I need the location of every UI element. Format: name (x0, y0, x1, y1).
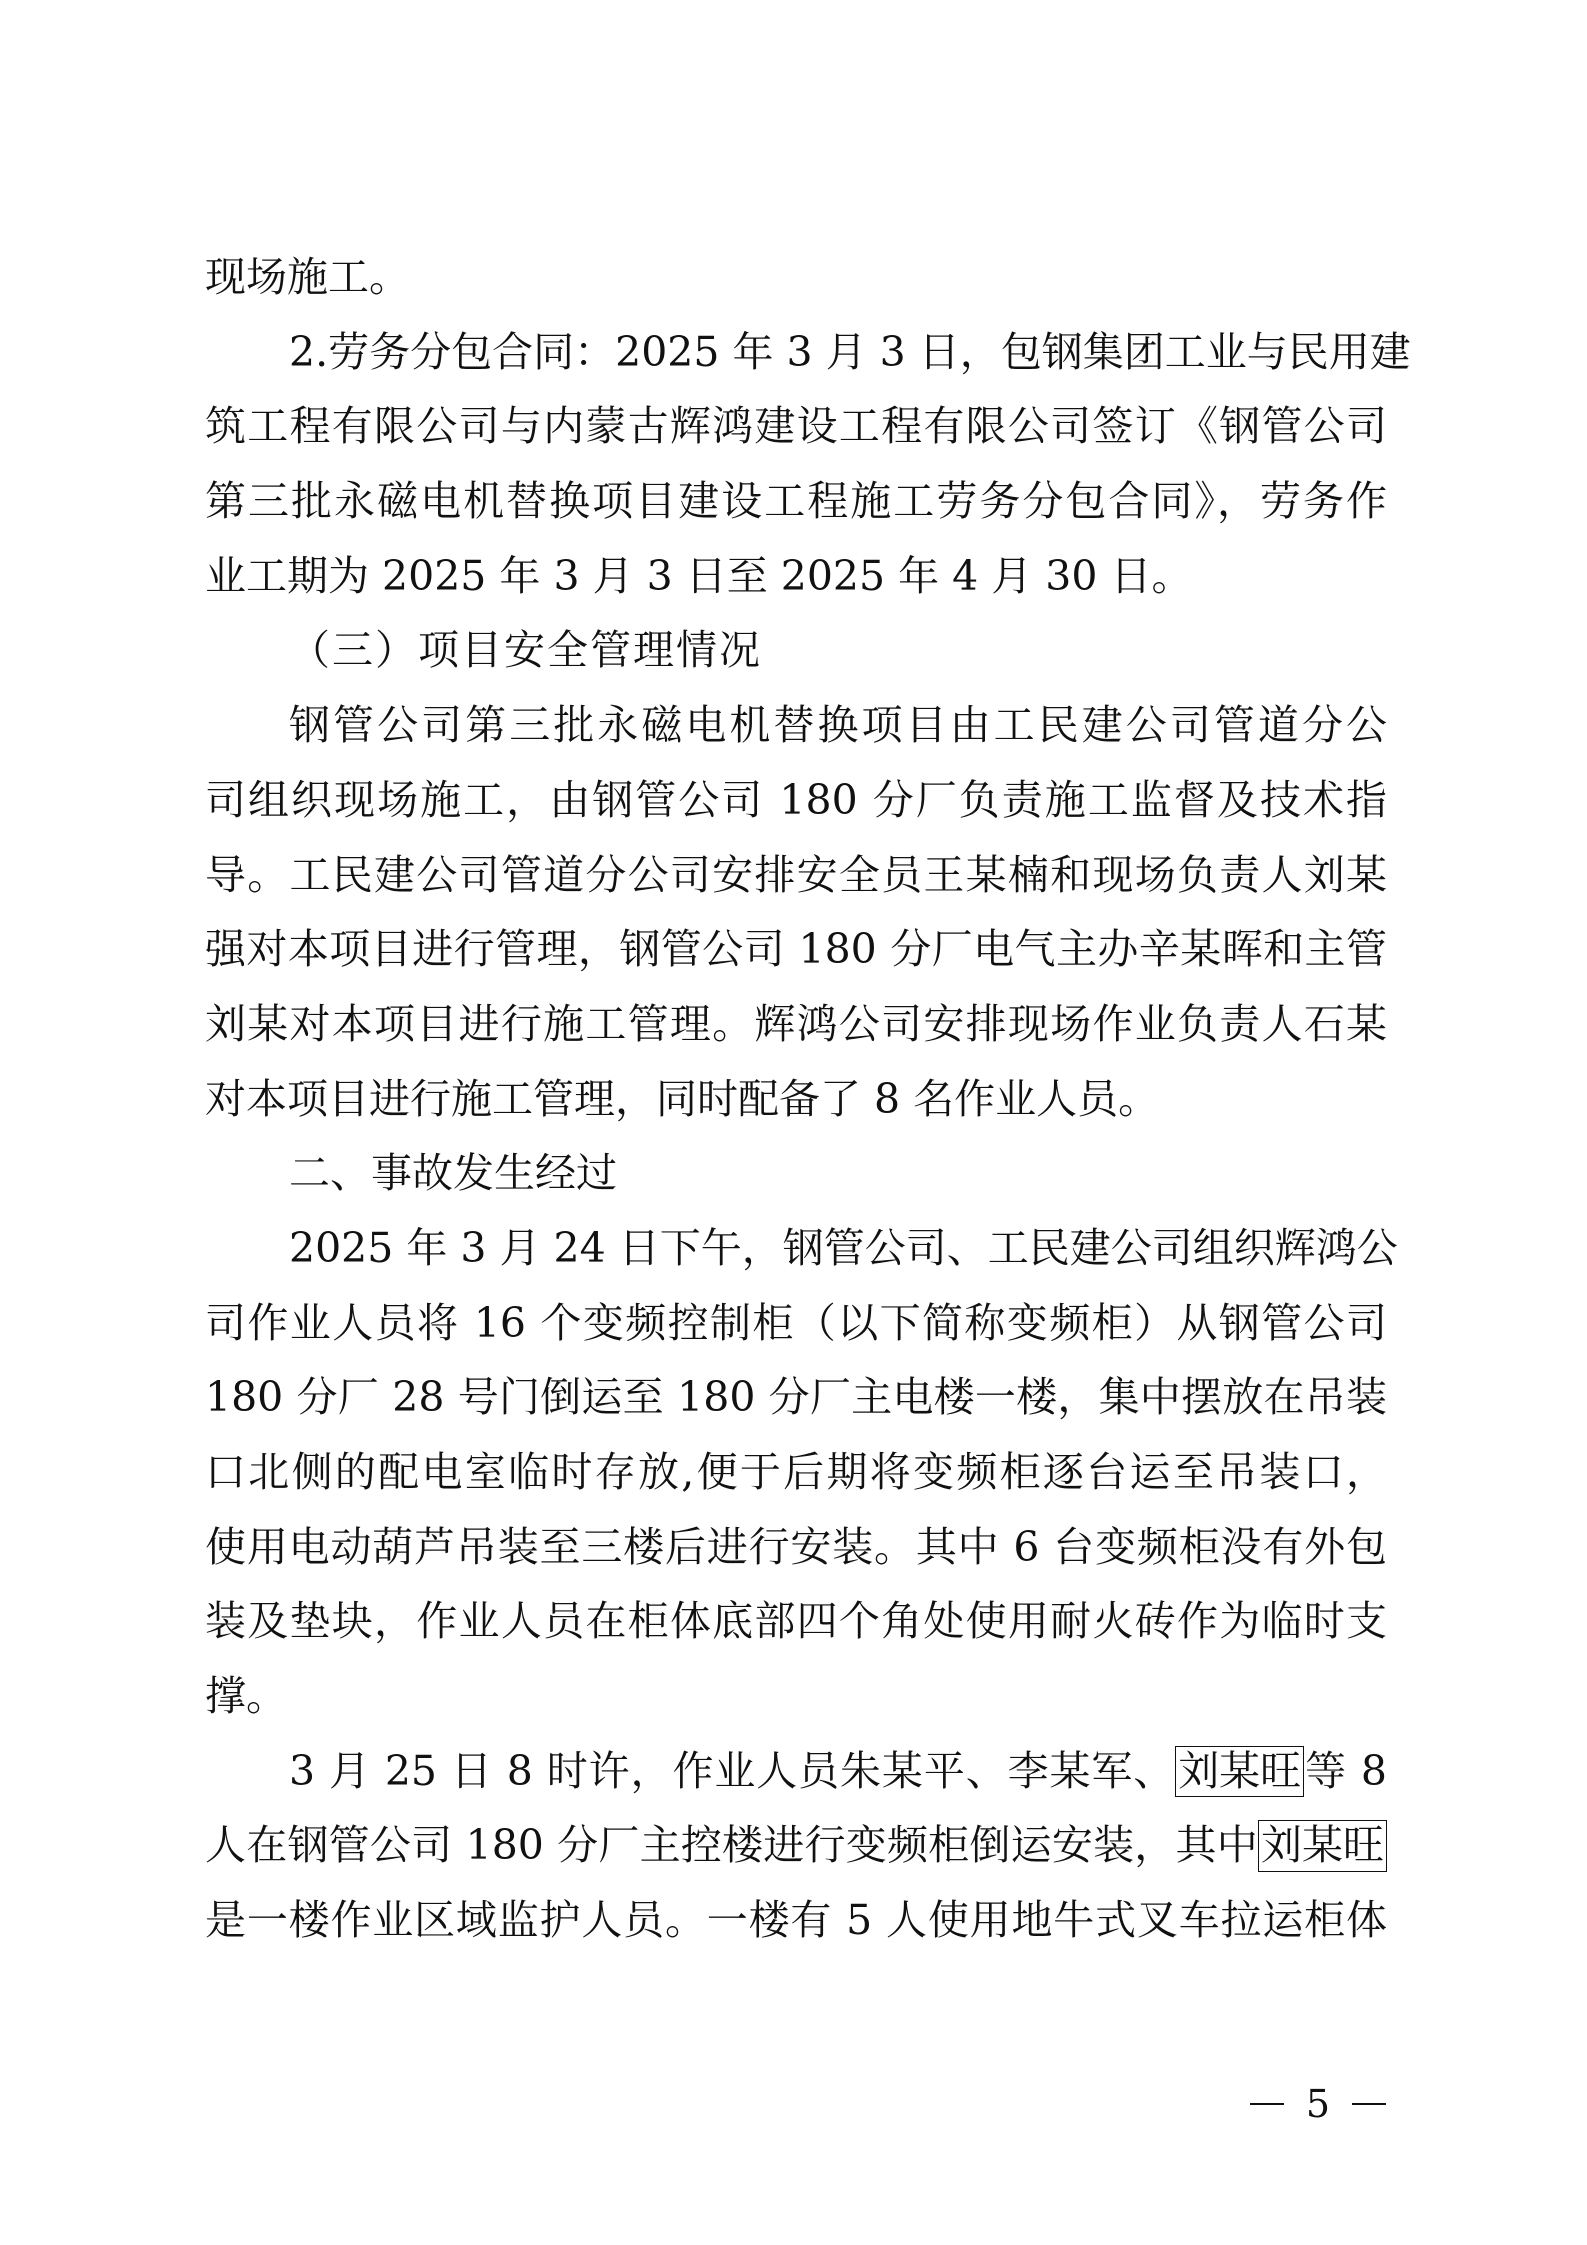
line-text: 3 月 25 日 8 时许，作业人员朱某平、李某军、 (289, 1747, 1175, 1795)
paragraph-line: 是一楼作业区域监护人员。一楼有 5 人使用地牛式叉车拉运柜体 (205, 1883, 1387, 1958)
paragraph-line: 对本项目进行施工管理，同时配备了 8 名作业人员。 (205, 1062, 1387, 1137)
paragraph-line: 筑工程有限公司与内蒙古辉鸿建设工程有限公司签订《钢管公司 (205, 389, 1387, 464)
document-page: 现场施工。 2.劳务分包合同：2025 年 3 月 3 日，包钢集团工业与民用建… (0, 0, 1587, 2245)
section-subheading: （三）项目安全管理情况 (205, 613, 1387, 688)
paragraph-line: 2025 年 3 月 24 日下午，钢管公司、工民建公司组织辉鸿公 (205, 1211, 1387, 1286)
paragraph-line: 装及垫块，作业人员在柜体底部四个角处使用耐火砖作为临时支 (205, 1584, 1387, 1659)
page-number-value: 5 (1306, 2082, 1330, 2126)
paragraph-line: 撑。 (205, 1659, 1387, 1734)
paragraph-line: 司作业人员将 16 个变频控制柜（以下简称变频柜）从钢管公司 (205, 1286, 1387, 1361)
paragraph-line: 口北侧的配电室临时存放,便于后期将变频柜逐台运至吊装口， (205, 1435, 1387, 1510)
boxed-name-highlight: 刘某旺 (1258, 1820, 1387, 1871)
paragraph-line: 现场施工。 (205, 240, 1387, 315)
page-number: 5 (1250, 2082, 1386, 2126)
paragraph-line: 强对本项目进行管理，钢管公司 180 分厂电气主办辛某晖和主管 (205, 912, 1387, 987)
boxed-name-highlight: 刘某旺 (1175, 1746, 1304, 1797)
line-text: 人在钢管公司 180 分厂主控楼进行变频柜倒运安装，其中 (205, 1821, 1258, 1869)
dash-left (1250, 2103, 1284, 2105)
paragraph-line: 3 月 25 日 8 时许，作业人员朱某平、李某军、刘某旺等 8 (205, 1734, 1387, 1809)
paragraph-line: 刘某对本项目进行施工管理。辉鸿公司安排现场作业负责人石某 (205, 987, 1387, 1062)
paragraph-line: 2.劳务分包合同：2025 年 3 月 3 日，包钢集团工业与民用建 (205, 315, 1387, 390)
paragraph-line: 180 分厂 28 号门倒运至 180 分厂主电楼一楼，集中摆放在吊装 (205, 1360, 1387, 1435)
paragraph-line: 钢管公司第三批永磁电机替换项目由工民建公司管道分公 (205, 688, 1387, 763)
paragraph-line: 人在钢管公司 180 分厂主控楼进行变频柜倒运安装，其中刘某旺 (205, 1808, 1387, 1883)
paragraph-line: 使用电动葫芦吊装至三楼后进行安装。其中 6 台变频柜没有外包 (205, 1510, 1387, 1585)
paragraph-line: 第三批永磁电机替换项目建设工程施工劳务分包合同》，劳务作 (205, 464, 1387, 539)
line-text: 等 8 (1304, 1747, 1387, 1795)
paragraph-line: 司组织现场施工，由钢管公司 180 分厂负责施工监督及技术指 (205, 763, 1387, 838)
dash-right (1352, 2103, 1386, 2105)
paragraph-line: 业工期为 2025 年 3 月 3 日至 2025 年 4 月 30 日。 (205, 539, 1387, 614)
paragraph-line: 导。工民建公司管道分公司安排安全员王某楠和现场负责人刘某 (205, 838, 1387, 913)
document-body: 现场施工。 2.劳务分包合同：2025 年 3 月 3 日，包钢集团工业与民用建… (205, 240, 1387, 1958)
section-heading: 二、事故发生经过 (205, 1136, 1387, 1211)
